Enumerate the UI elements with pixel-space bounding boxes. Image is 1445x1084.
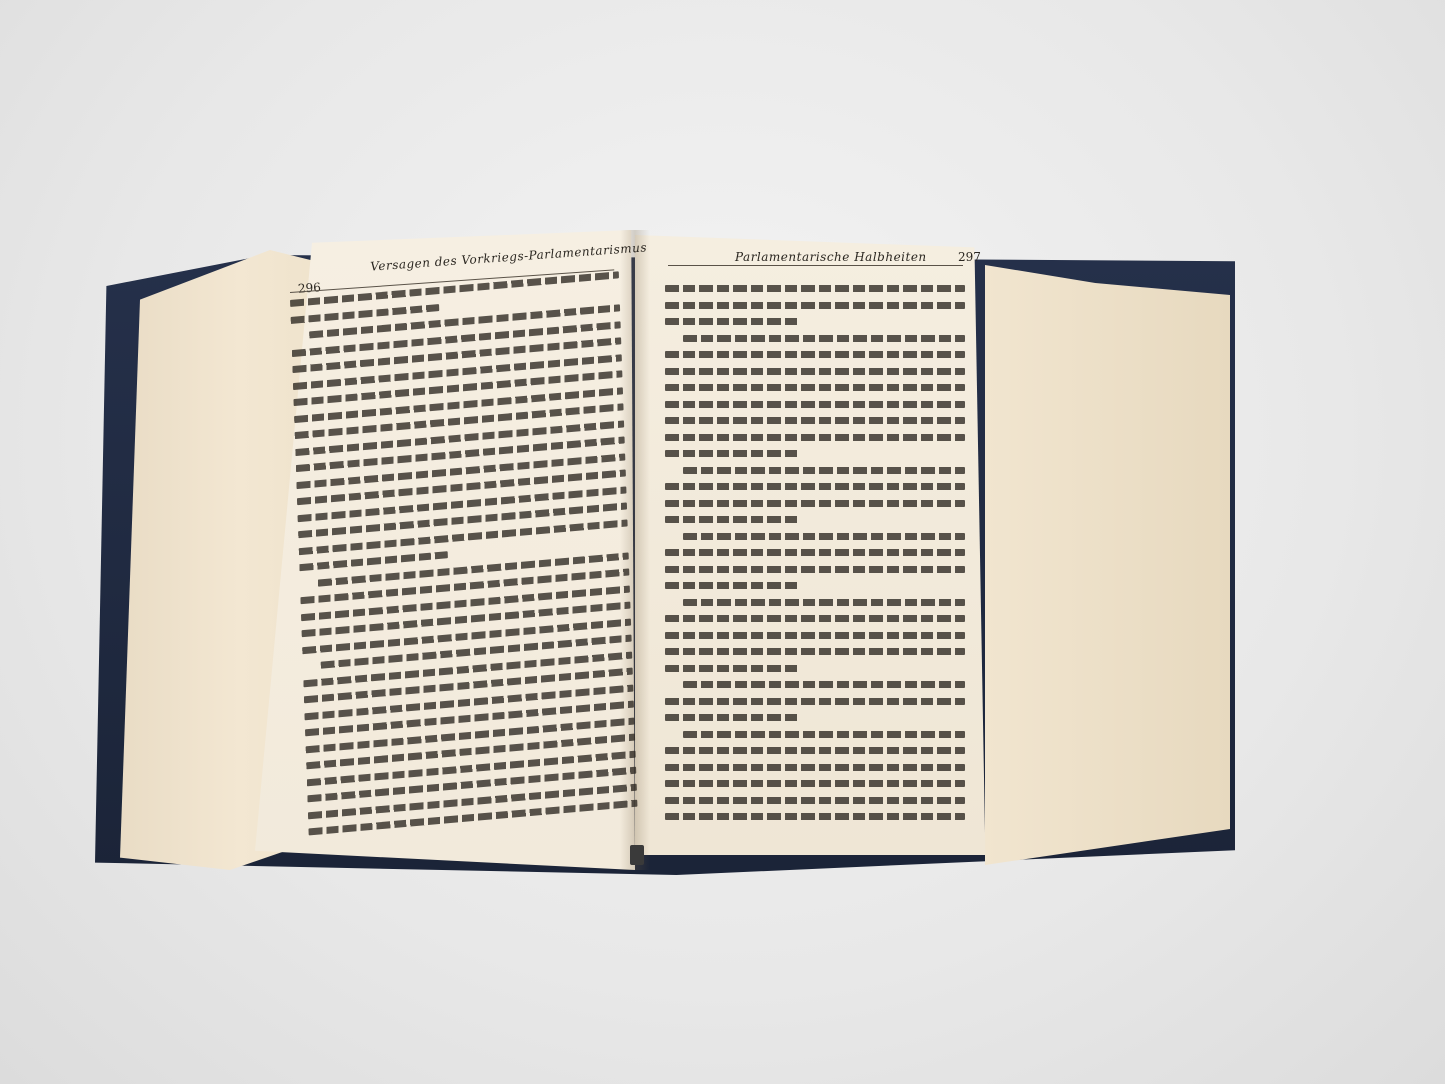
- text-line: [665, 302, 965, 309]
- text-line: [665, 483, 965, 490]
- text-line: [665, 665, 800, 672]
- body-text-left: [290, 271, 638, 845]
- photo-scene: Versagen des Vorkriegs-Parlamentarismus …: [0, 0, 1445, 1084]
- text-line: [683, 533, 965, 540]
- text-line: [665, 615, 965, 622]
- text-line: [665, 780, 965, 787]
- text-line: [665, 318, 800, 325]
- spine-binding: [630, 845, 644, 865]
- text-line: [665, 500, 965, 507]
- text-line: [665, 417, 965, 424]
- text-line: [665, 549, 965, 556]
- page-number-right: 297: [958, 250, 981, 264]
- page-edges-right: [985, 265, 1230, 865]
- text-line: [665, 632, 965, 639]
- text-line: [683, 335, 965, 342]
- text-line: [321, 635, 632, 669]
- text-line: [299, 519, 628, 555]
- text-line: [665, 450, 800, 457]
- running-header-right: Parlamentarische Halbheiten: [735, 250, 927, 264]
- text-line: [309, 304, 620, 338]
- text-line: [665, 401, 965, 408]
- text-line: [665, 566, 965, 573]
- text-line: [683, 599, 965, 606]
- text-line: [665, 351, 965, 358]
- text-line: [665, 582, 800, 589]
- text-line: [665, 285, 965, 292]
- text-line: [665, 797, 965, 804]
- text-line: [665, 648, 965, 655]
- text-line: [683, 681, 965, 688]
- page-number-left: 296: [298, 280, 322, 296]
- text-line: [665, 813, 965, 820]
- body-text-right: [665, 285, 965, 830]
- text-line: [665, 434, 965, 441]
- text-line: [665, 747, 965, 754]
- text-line: [683, 731, 965, 738]
- text-line: [299, 551, 447, 571]
- header-rule-right: [668, 265, 963, 266]
- text-line: [665, 714, 800, 721]
- text-line: [665, 384, 965, 391]
- text-line: [665, 764, 965, 771]
- text-line: [665, 368, 965, 375]
- text-line: [291, 304, 439, 324]
- text-line: [665, 698, 965, 705]
- text-line: [683, 467, 965, 474]
- text-line: [665, 516, 800, 523]
